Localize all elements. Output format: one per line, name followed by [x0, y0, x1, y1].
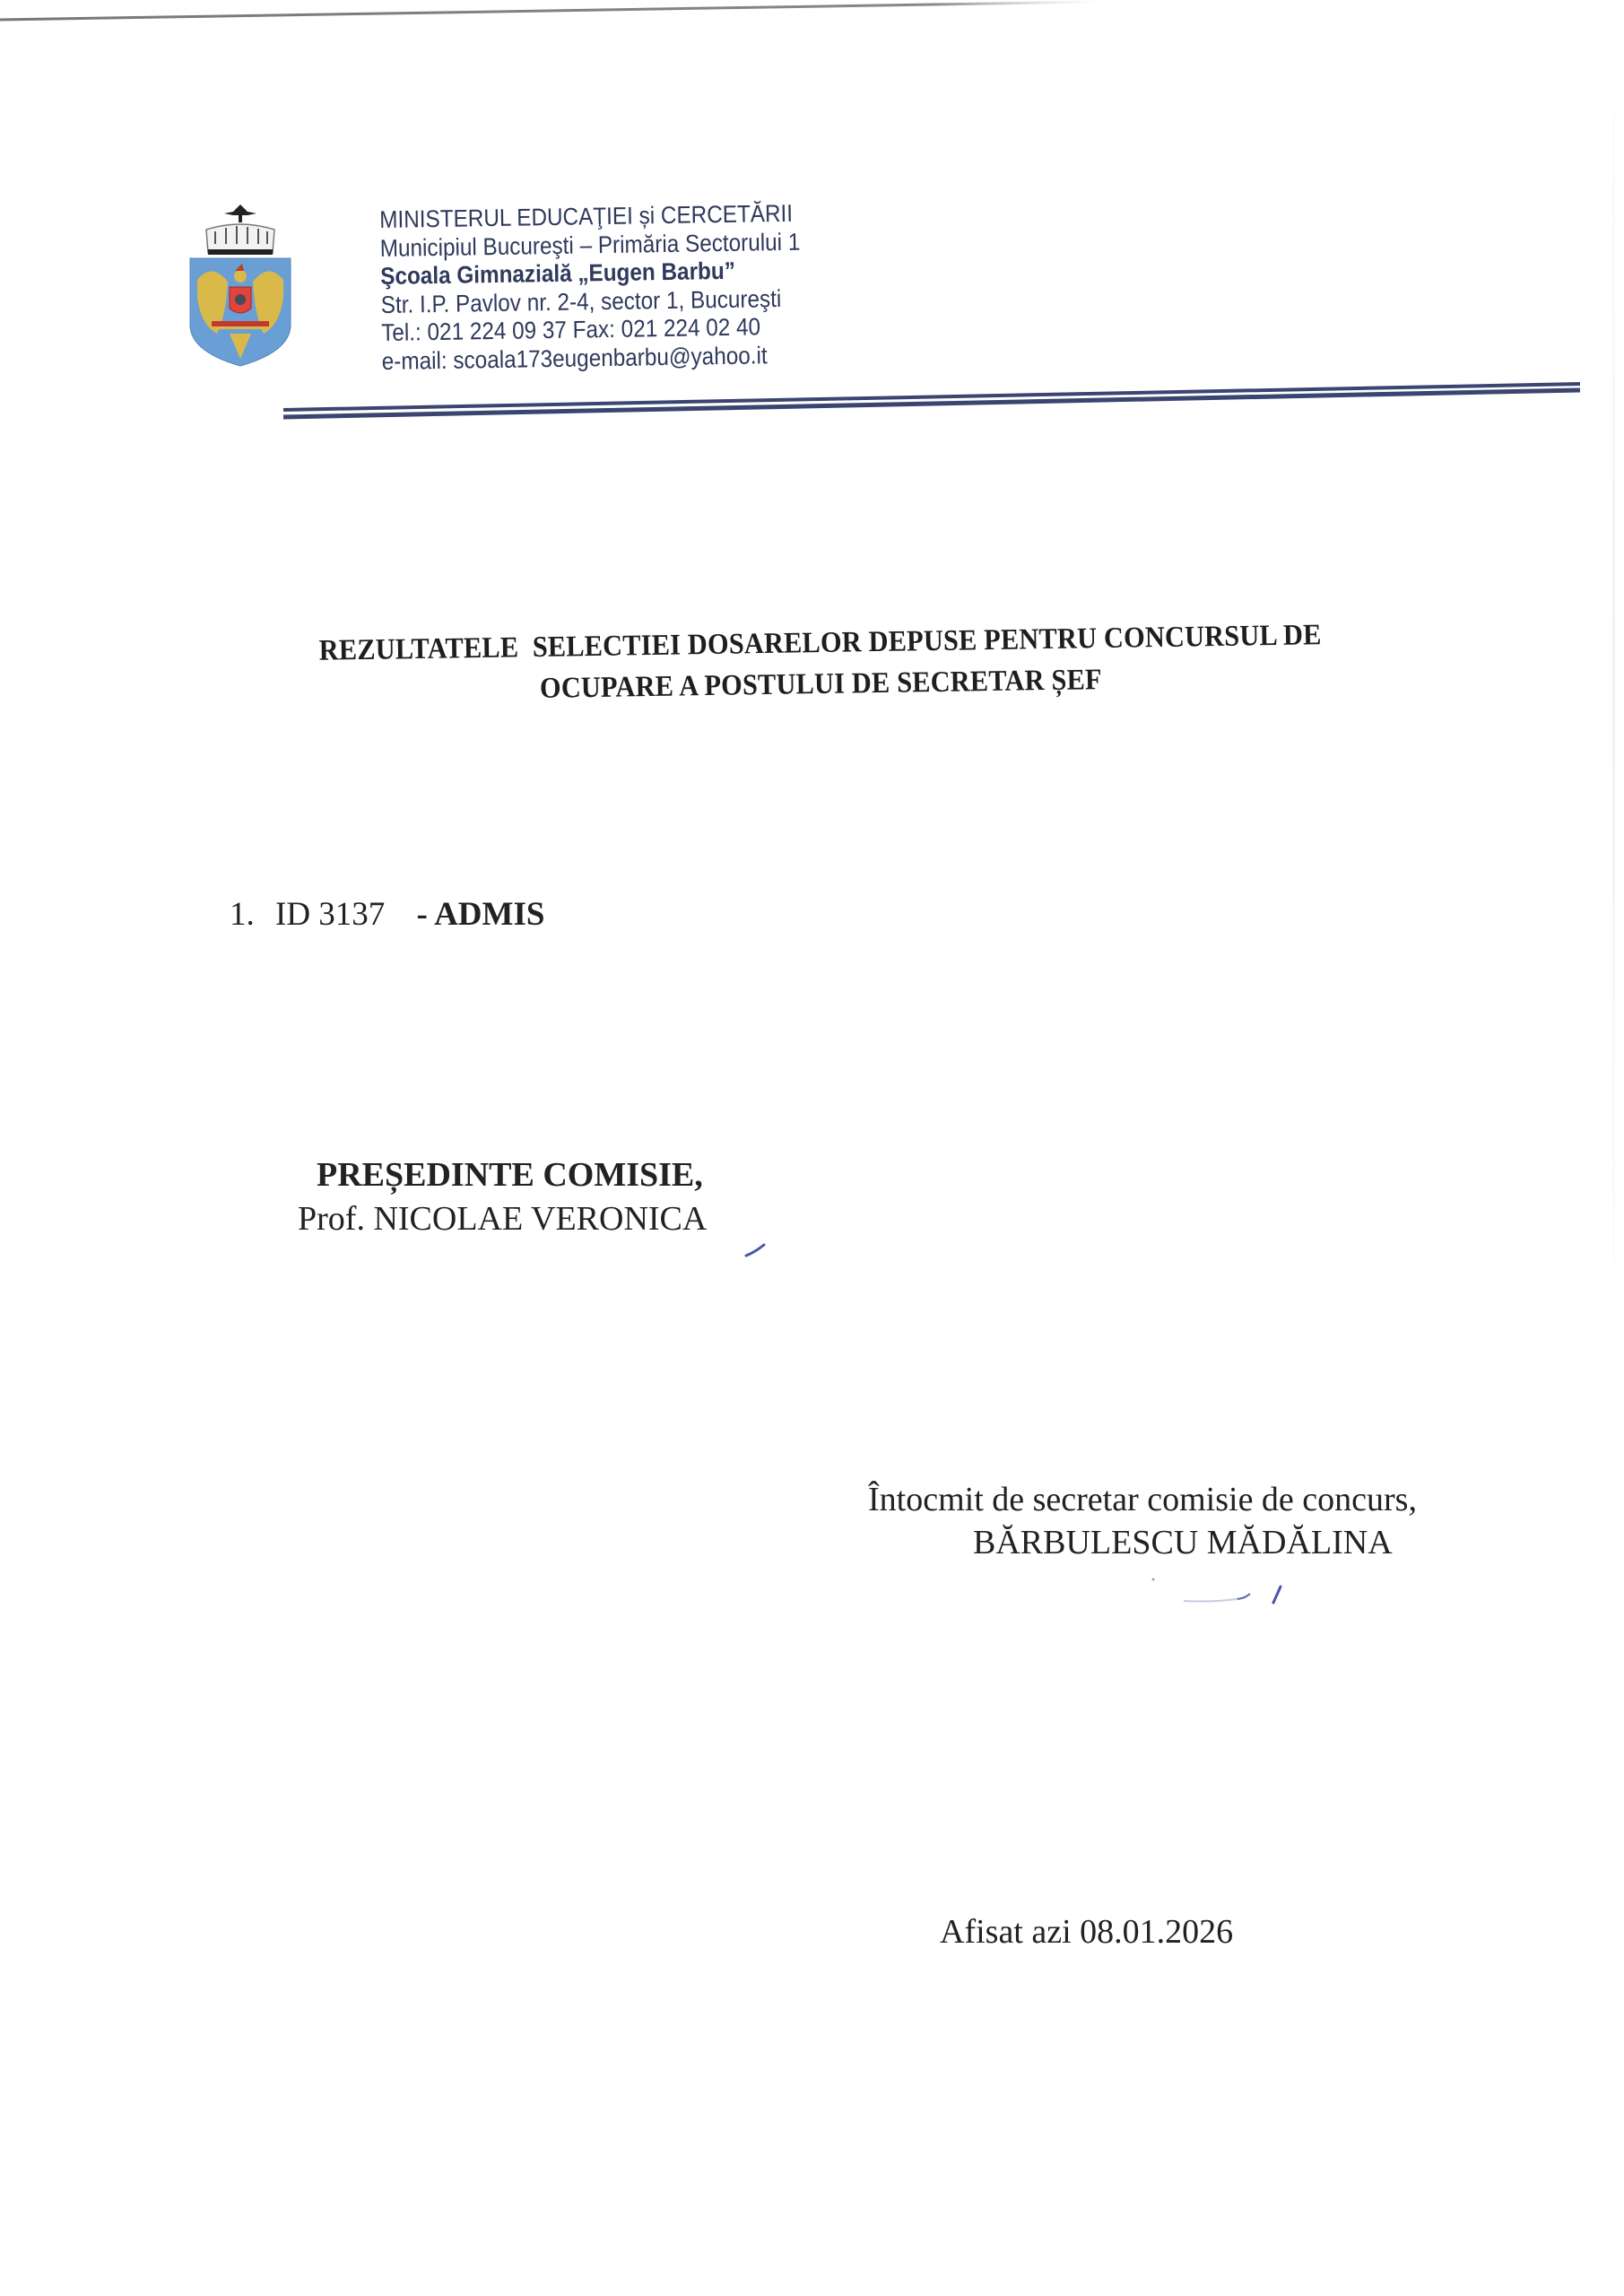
document-title: REZULTATELE SELECTIEI DOSARELOR DEPUSE P…: [300, 614, 1342, 713]
president-name: Prof. NICOLAE VERONICA: [298, 1199, 707, 1239]
result-id: ID 3137: [275, 896, 385, 933]
result-status: - ADMIS: [417, 896, 545, 933]
letterhead-double-rule: [0, 0, 1624, 448]
result-number: 1.: [230, 896, 255, 933]
secretary-name: BĂRBULESCU MĂDĂLINA: [973, 1523, 1393, 1562]
president-role: PREȘEDINTE COMISIE,: [317, 1155, 703, 1195]
secretary-label: Întocmit de secretar comisie de concurs,: [868, 1480, 1417, 1519]
posted-date: Afisat azi 08.01.2026: [940, 1912, 1233, 1952]
secretary-signature-mark: [1148, 1574, 1309, 1610]
president-signature-mark: [743, 1241, 769, 1259]
result-item: 1. ID 3137 - ADMIS: [230, 895, 544, 934]
